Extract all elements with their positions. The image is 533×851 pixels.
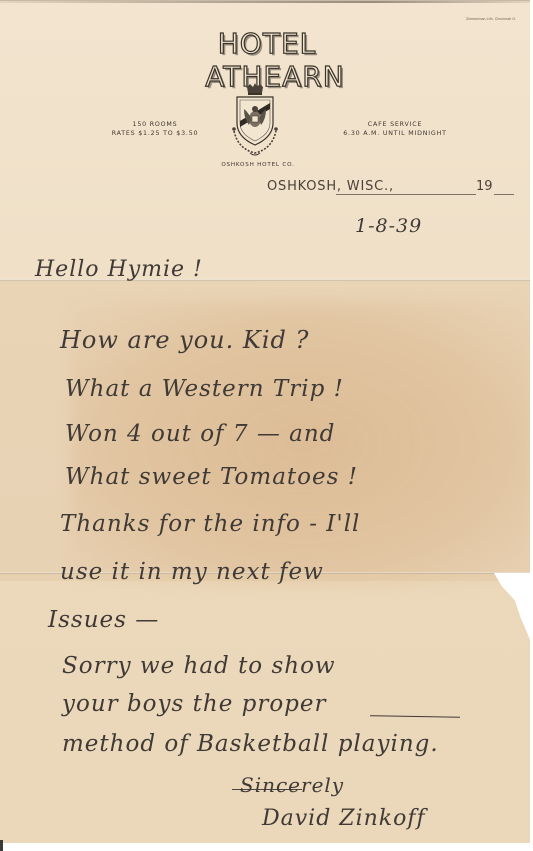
cafe-service-label: CAFE SERVICE xyxy=(330,120,460,129)
year-blank-line xyxy=(494,194,514,195)
hotel-name-first: HOTEL xyxy=(218,27,317,60)
hotel-name-spacer xyxy=(324,34,332,59)
handwritten-date: 1-8-39 xyxy=(355,215,422,237)
scan-edge-mark xyxy=(0,840,3,851)
body-line: How are you. Kid ? xyxy=(60,326,309,354)
date-blank-line xyxy=(336,194,476,195)
scan-bottom-margin xyxy=(0,843,533,851)
body-line: What sweet Tomatoes ! xyxy=(65,464,358,490)
company-name: OSHKOSH HOTEL CO. xyxy=(218,162,298,168)
rooms-count: 150 ROOMS xyxy=(100,120,210,129)
city-line: OSHKOSH, WISC., xyxy=(267,179,394,195)
rooms-rates-info: 150 ROOMS RATES $1.25 TO $3.50 xyxy=(100,120,210,138)
cafe-hours: 6.30 A.M. UNTIL MIDNIGHT xyxy=(330,129,460,138)
body-line: What a Western Trip ! xyxy=(65,376,344,402)
closing: Sincerely xyxy=(240,773,344,797)
body-line: Won 4 out of 7 — and xyxy=(65,421,335,447)
signature: David Zinkoff xyxy=(262,806,426,831)
body-line: Thanks for the info - I'll xyxy=(60,511,360,537)
paper-top-edge xyxy=(0,1,530,3)
letter-paper: Zimmerman Lith. Cincinnati O. HOTEL ATHE… xyxy=(0,0,530,844)
cafe-service-info: CAFE SERVICE 6.30 A.M. UNTIL MIDNIGHT xyxy=(330,120,460,138)
room-rates: RATES $1.25 TO $3.50 xyxy=(100,129,210,138)
body-line: method of Basketball playing. xyxy=(62,731,439,757)
body-line: Issues — xyxy=(48,607,159,633)
year-prefix: 19 xyxy=(476,179,493,194)
body-line: use it in my next few xyxy=(60,559,324,585)
greeting: Hello Hymie ! xyxy=(35,257,203,282)
body-line: Sorry we had to show xyxy=(62,653,336,679)
printer-credit: Zimmerman Lith. Cincinnati O. xyxy=(466,17,516,21)
body-line: your boys the proper xyxy=(62,691,327,717)
eagle-crest-icon xyxy=(232,83,278,161)
